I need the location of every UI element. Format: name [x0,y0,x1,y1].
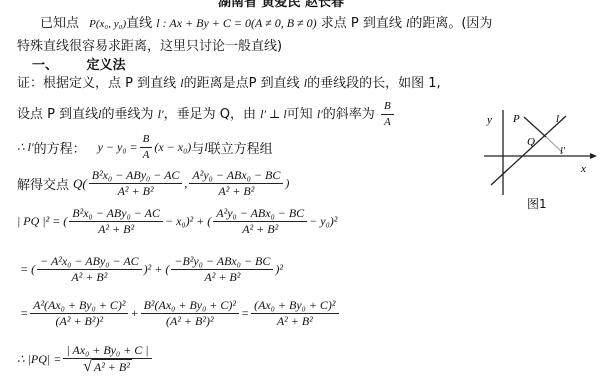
section-heading: 一、 定义法 [32,54,126,73]
lhs: = [20,306,28,321]
numerator: −B²y₀ − ABx₀ − BC [171,254,273,270]
denominator: A² + B² [215,184,257,199]
denominator: A² + B² [68,270,110,285]
denominator: A² + B² [239,222,281,237]
line-word: 直线 [126,16,152,31]
distance-fraction: | Ax₀ + By₀ + C | √A² + B² [63,343,151,375]
radicand: A² + B² [92,359,132,374]
text: 与 [191,138,204,157]
final-distance-formula: ∴ |PQ| = | Ax₀ + By₀ + C | √A² + B² [17,343,154,375]
equation-lhs: y − y₀ = [98,140,138,155]
text: 联立方程组 [208,138,273,157]
close-paren: ) [285,176,289,191]
equation-rhs: (x − x₀) [154,140,191,155]
numerator: B [381,99,394,115]
numerator: A²y₀ − ABx₀ − BC [189,168,283,184]
numerator: (Ax₀ + By₀ + C)² [251,298,338,314]
text: 可知 [287,107,313,122]
plus: + [130,306,138,321]
numerator: B²x₀ − ABy₀ − AC [89,168,183,184]
intro-line-2: 特殊直线很容易求距离，这里只讨论一般直线) [17,35,282,54]
slope-fraction: BA [140,132,153,163]
denominator: A² + B² [115,184,157,199]
fraction: B²(Ax₀ + By₀ + C)²(A² + B²)² [141,298,239,329]
text: ，垂足为 Q，由 [164,107,256,122]
fraction: A²y₀ − ABx₀ − BCA² + B² [213,206,307,237]
section-number: 一、 [32,58,58,73]
label-p: P [512,113,520,125]
line-l [491,116,566,185]
denominator: A² + B² [95,222,137,237]
sqrt-icon: √ [83,359,92,374]
text: 的斜率为 [323,107,375,122]
segment-pq [524,117,546,137]
mid: − x₀)² + ( [165,214,211,229]
fraction: B²x₀ − ABy₀ − ACA² + B² [69,206,163,237]
text: 的垂线段的长，如图 1, [307,76,441,91]
fraction: − A²x₀ − ABy₀ − ACA² + B² [37,254,142,285]
denominator: (A² + B²)² [53,314,107,329]
intro-line-1: 已知点 P(x₀, y₀)直线 l : Ax + By + C = 0(A ≠ … [40,12,492,31]
text: 的方程： [34,138,86,157]
point-p: P(x₀, y₀) [89,18,126,30]
label-q: Q [527,136,535,148]
end: − y₀)² [309,214,337,229]
line-equation: l : Ax + By + C = 0(A ≠ 0, B ≠ 0) [156,16,316,30]
intro-suffix: 求点 P 到直线 [321,16,402,31]
denominator: √A² + B² [80,359,135,375]
denominator: A² + B² [201,270,243,285]
slope-fraction: BA [381,99,394,130]
fraction: A²(Ax₀ + By₀ + C)²(A² + B²)² [30,298,128,329]
text: 设点 P 到直线 [17,107,98,122]
equation-3: = A²(Ax₀ + By₀ + C)²(A² + B²)² + B²(Ax₀ … [20,298,341,329]
therefore-l-prime: ∴ l′ [17,140,34,155]
text: 解得交点 [17,174,69,193]
proof-line-3: ∴ l′的方程： y − y₀ = BA (x − x₀)与l联立方程组 [17,132,273,163]
label-y: y [486,114,492,126]
proof-line-2: 设点 P 到直线l的垂线为 l′，垂足为 Q，由 l′ ⊥ l可知 l′的斜率为… [17,99,396,130]
denominator: (A² + B²)² [163,314,217,329]
numerator: A²(Ax₀ + By₀ + C)² [30,298,128,314]
point-q: Q( [73,176,87,192]
text: 的垂线为 [101,107,153,122]
lhs: | PQ |² = ( [17,214,67,229]
text: 的距离是点P 到直线 [184,76,300,91]
numerator: − A²x₀ − ABy₀ − AC [37,254,142,270]
label-l: l [556,113,559,125]
perpendicular-relation: l′ ⊥ l [260,107,287,121]
lhs: ∴ |PQ| = [17,352,61,367]
fraction: −B²y₀ − ABx₀ − BCA² + B² [171,254,273,285]
denominator: A [381,115,394,130]
label-x: x [580,163,586,175]
numerator: B²(Ax₀ + By₀ + C)² [141,298,239,314]
numerator: | Ax₀ + By₀ + C | [63,343,151,359]
label-l-prime: l′ [560,146,566,157]
intro-prefix: 已知点 [40,16,79,31]
denominator: A² + B² [274,314,316,329]
authors-header: 湖南省 黄爱民 赵长春 [218,0,344,10]
denominator: A [140,148,153,163]
equals: = [241,306,249,321]
intro-end: 的距离。(因为 [409,16,492,31]
section-title: 定义法 [87,58,126,73]
qy-fraction: A²y₀ − ABx₀ − BCA² + B² [189,168,283,199]
equation-2: = ( − A²x₀ − ABy₀ − ACA² + B² )² + ( −B²… [20,254,283,285]
numerator: B²x₀ − ABy₀ − AC [69,206,163,222]
text: 证：根据定义，点 P 到直线 [17,76,176,91]
proof-line-1: 证：根据定义，点 P 到直线 l的距离是点P 到直线 l的垂线段的长，如图 1, [17,72,441,91]
numerator: B [140,132,153,148]
x-axis-arrow-icon [590,153,597,159]
numerator: A²y₀ − ABx₀ − BC [213,206,307,222]
mid: )² + ( [144,262,170,277]
figure-caption: 图1 [527,195,547,212]
end: )² [275,262,283,277]
equation-pq-squared: | PQ |² = ( B²x₀ − ABy₀ − ACA² + B² − x₀… [17,206,337,237]
qx-fraction: B²x₀ − ABy₀ − ACA² + B² [89,168,183,199]
lhs: = ( [20,262,35,277]
fraction: (Ax₀ + By₀ + C)²A² + B² [251,298,338,329]
proof-line-4: 解得交点 Q( B²x₀ − ABy₀ − ACA² + B² , A²y₀ −… [17,168,289,199]
